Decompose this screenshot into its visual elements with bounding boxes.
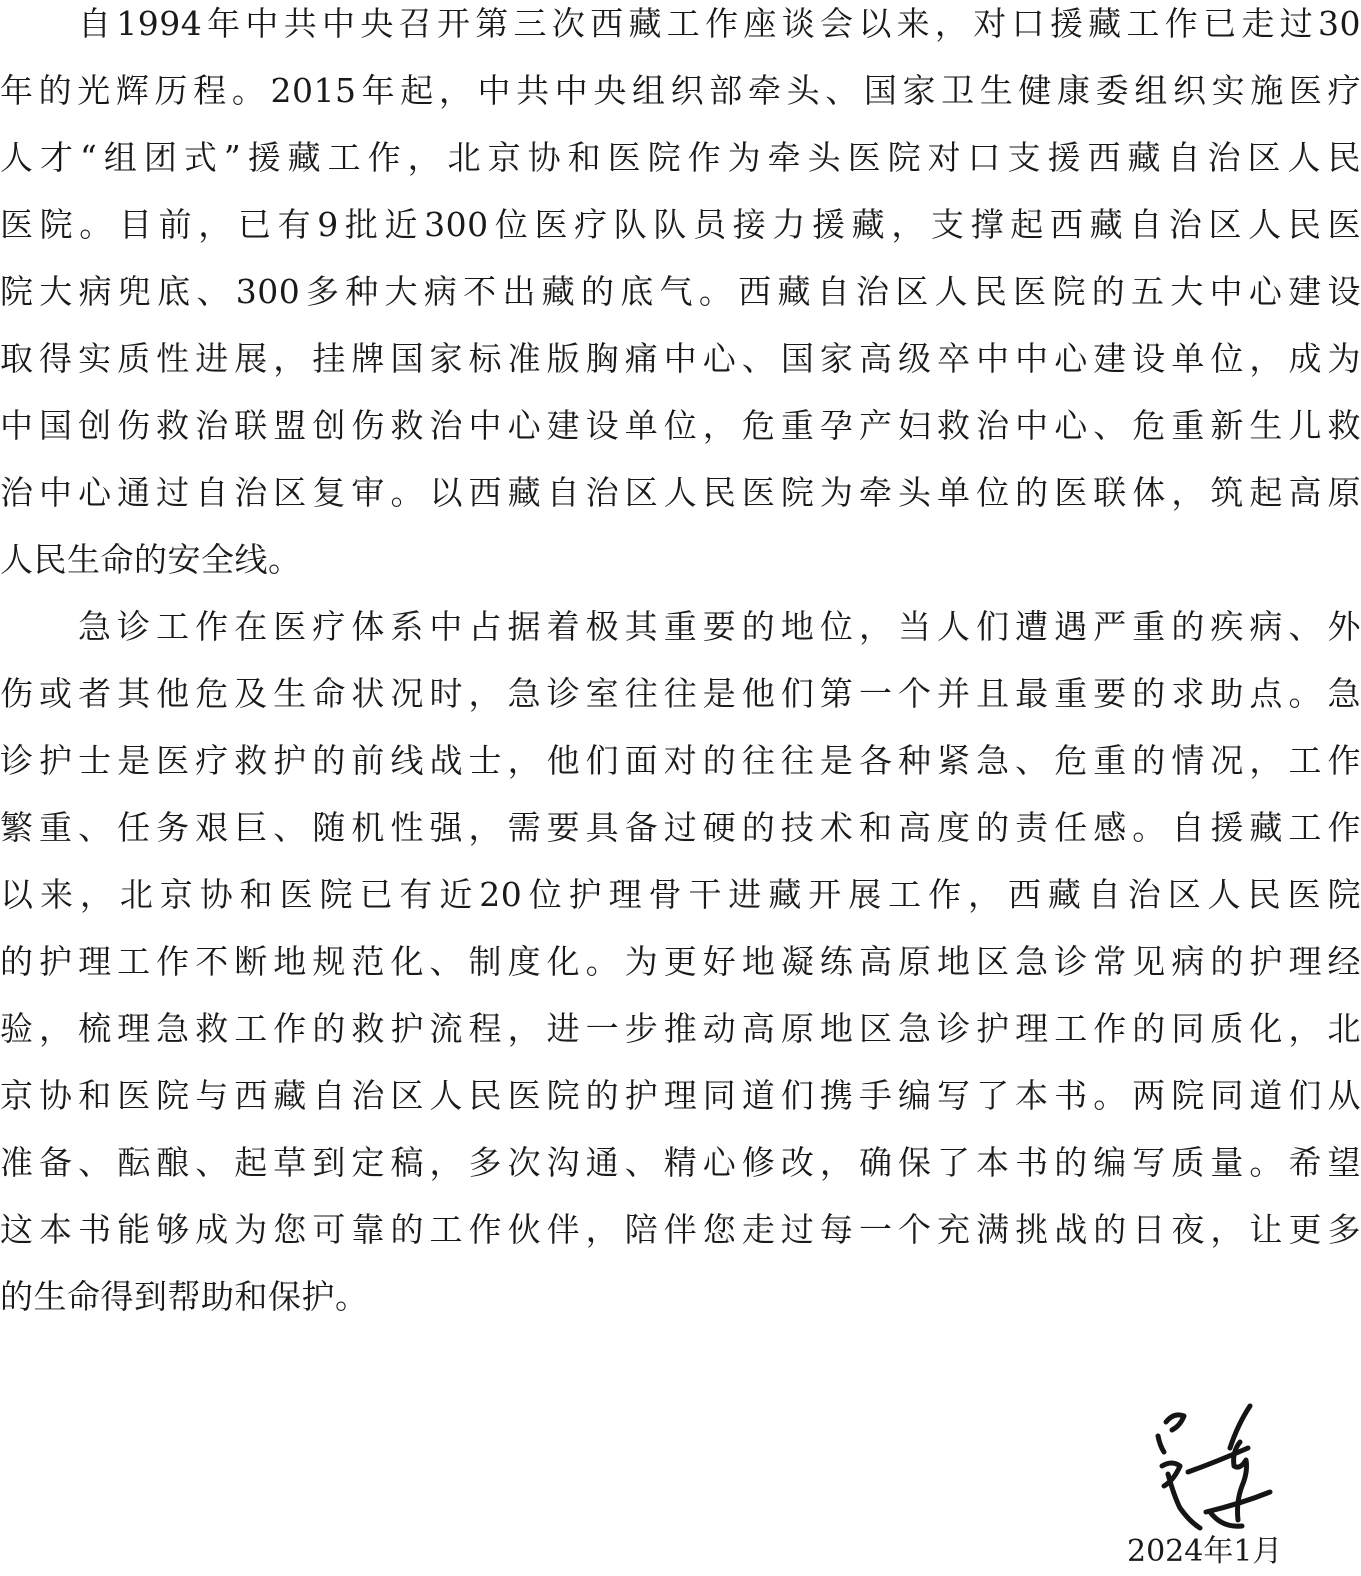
preface-page: 自1994年中共中央召开第三次西藏工作座谈会以来，对口援藏工作已走过30 年的光… bbox=[0, 0, 1361, 1576]
text-line: 京协和医院与西藏自治区人民医院的护理同道们携手编写了本书。两院同道们从 bbox=[0, 1072, 1361, 1120]
text-line: 人民生命的安全线。 bbox=[0, 536, 1361, 584]
text-line: 年的光辉历程。2015年起，中共中央组织部牵头、国家卫生健康委组织实施医疗 bbox=[0, 67, 1361, 115]
text-line: 诊护士是医疗救护的前线战士，他们面对的往往是各种紧急、危重的情况，工作 bbox=[0, 737, 1361, 785]
text-line: 这本书能够成为您可靠的工作伙伴，陪伴您走过每一个充满挑战的日夜，让更多 bbox=[0, 1206, 1361, 1254]
text-line: 繁重、任务艰巨、随机性强，需要具备过硬的技术和高度的责任感。自援藏工作 bbox=[0, 804, 1361, 852]
text-line: 以来，北京协和医院已有近20位护理骨干进藏开展工作，西藏自治区人民医院 bbox=[0, 871, 1361, 919]
text-line: 人才“组团式”援藏工作，北京协和医院作为牵头医院对口支援西藏自治区人民 bbox=[0, 134, 1361, 182]
text-line: 的护理工作不断地规范化、制度化。为更好地凝练高原地区急诊常见病的护理经 bbox=[0, 938, 1361, 986]
text-line: 的生命得到帮助和保护。 bbox=[0, 1273, 1361, 1321]
text-line: 医院。目前，已有9批近300位医疗队队员接力援藏，支撑起西藏自治区人民医 bbox=[0, 201, 1361, 249]
text-line: 自1994年中共中央召开第三次西藏工作座谈会以来，对口援藏工作已走过30 bbox=[78, 0, 1361, 48]
signature-image bbox=[1150, 1400, 1280, 1540]
text-line: 院大病兜底、300多种大病不出藏的底气。西藏自治区人民医院的五大中心建设 bbox=[0, 268, 1361, 316]
text-line: 验，梳理急救工作的救护流程，进一步推动高原地区急诊护理工作的同质化，北 bbox=[0, 1005, 1361, 1053]
date-text: 2024年1月 bbox=[1127, 1530, 1282, 1574]
text-line: 取得实质性进展，挂牌国家标准版胸痛中心、国家高级卒中中心建设单位，成为 bbox=[0, 335, 1361, 383]
text-line: 准备、酝酿、起草到定稿，多次沟通、精心修改，确保了本书的编写质量。希望 bbox=[0, 1139, 1361, 1187]
text-line: 急诊工作在医疗体系中占据着极其重要的地位，当人们遭遇严重的疾病、外 bbox=[78, 603, 1361, 651]
text-line: 中国创伤救治联盟创伤救治中心建设单位，危重孕产妇救治中心、危重新生儿救 bbox=[0, 402, 1361, 450]
text-line: 治中心通过自治区复审。以西藏自治区人民医院为牵头单位的医联体，筑起高原 bbox=[0, 469, 1361, 517]
text-line: 伤或者其他危及生命状况时，急诊室往往是他们第一个并且最重要的求助点。急 bbox=[0, 670, 1361, 718]
